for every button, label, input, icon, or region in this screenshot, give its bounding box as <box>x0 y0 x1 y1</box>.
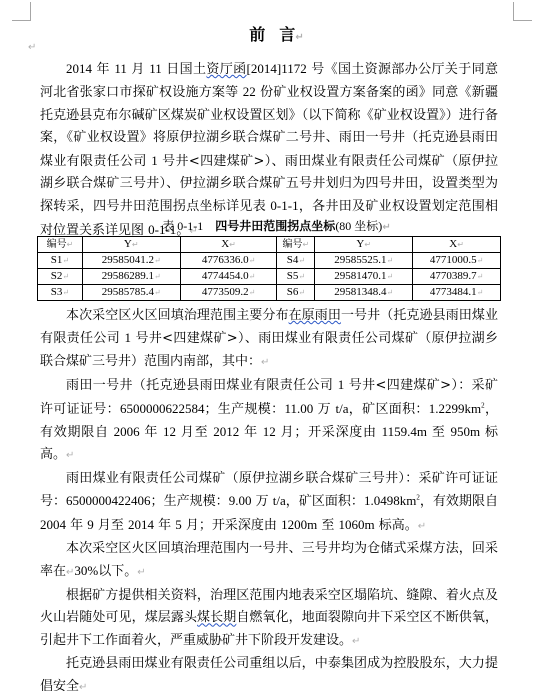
title-char: 前 <box>249 25 265 44</box>
table-row: S3↵ 29585785.4↵ 4773509.2↵ S6↵ 29581348.… <box>38 285 501 301</box>
table-title: 四号井田范围拐点坐标 <box>215 219 335 233</box>
column-header: X↵ <box>180 237 277 253</box>
document-page[interactable]: 前言↵ ↵ 2014 年 11 月 11 日国土资厅函[2014]1172 号《… <box>0 0 553 691</box>
body-paragraph: 本次采空区火区回填治理范围主要分布在原雨田一号井（托克逊县雨田煤业有限责任公司 … <box>40 305 498 374</box>
table-cell[interactable]: 29581348.4↵ <box>315 285 413 301</box>
column-header: Y↵ <box>82 237 180 253</box>
table-cell[interactable]: 29585525.1↵ <box>315 253 413 269</box>
body-paragraph: 根据矿方提供相关资料，治理区范围内地表采空区塌陷坑、缝隙、着火点及火山岩随处可见… <box>40 585 498 653</box>
column-header: 编号↵ <box>38 237 83 253</box>
body-section: 本次采空区火区回填治理范围主要分布在原雨田一号井（托克逊县雨田煤业有限责任公司 … <box>40 305 498 691</box>
body-paragraph: 雨田一号井（托克逊县雨田煤业有限责任公司 1 号井<四建煤矿>）：采矿许可证证号… <box>40 374 498 468</box>
table-cell[interactable]: 4776336.0↵ <box>180 253 277 269</box>
coordinates-table: 编号↵ Y↵ X↵ 编号↵ Y↵ X↵ S1↵ 29585041.2↵ 4776… <box>37 236 501 301</box>
column-header: X↵ <box>413 237 501 253</box>
table-cell[interactable]: S5↵ <box>277 269 315 285</box>
table-row: S1↵ 29585041.2↵ 4776336.0↵ S4↵ 29585525.… <box>38 253 501 269</box>
table-cell[interactable]: 29586289.1↵ <box>82 269 180 285</box>
page-corner-mark-top-right <box>513 2 532 21</box>
intro-section: 2014 年 11 月 11 日国土资厅函[2014]1172 号《国土资源部办… <box>40 58 498 243</box>
title-char: 言 <box>279 25 295 44</box>
document-title: 前言↵ <box>0 22 553 45</box>
grammar-underline[interactable]: 煤长期 <box>197 610 236 625</box>
body-paragraph: 雨田煤业有限责任公司煤矿（原伊拉湖乡联合煤矿三号井）：采矿许可证证号：65000… <box>40 468 498 538</box>
column-header: 编号↵ <box>277 237 315 253</box>
paragraph-mark-icon: ↵ <box>137 567 145 578</box>
table-subtitle: (80 坐标) <box>335 219 382 233</box>
intro-paragraph: 2014 年 11 月 11 日国土资厅函[2014]1172 号《国土资源部办… <box>40 58 498 243</box>
table-caption: 表 0-1-1四号井田范围拐点坐标(80 坐标)↵ <box>0 217 553 234</box>
grammar-underline[interactable]: 在原雨田 <box>289 308 341 323</box>
grammar-underline[interactable]: 资厅函 <box>206 62 246 77</box>
table-cell[interactable]: 4773484.1↵ <box>413 285 501 301</box>
table-number: 表 0-1-1 <box>162 219 203 233</box>
table-cell[interactable]: 4770389.7↵ <box>413 269 501 285</box>
table-cell[interactable]: 4773509.2↵ <box>180 285 277 301</box>
paragraph-mark-icon: ↵ <box>295 32 303 43</box>
column-header: Y↵ <box>315 237 413 253</box>
table-cell[interactable]: 29581470.1↵ <box>315 269 413 285</box>
paragraph-mark-icon: ↵ <box>28 42 36 53</box>
paragraph-mark-icon: ↵ <box>79 682 87 691</box>
table-cell[interactable]: 29585785.4↵ <box>82 285 180 301</box>
table-cell[interactable]: 4774454.0↵ <box>180 269 277 285</box>
paragraph-mark-icon: ↵ <box>382 222 390 233</box>
page-corner-mark-top-left <box>12 2 31 21</box>
table-cell[interactable]: 29585041.2↵ <box>82 253 180 269</box>
table-cell[interactable]: S1↵ <box>38 253 83 269</box>
table-header-row: 编号↵ Y↵ X↵ 编号↵ Y↵ X↵ <box>38 237 501 253</box>
table-cell[interactable]: S3↵ <box>38 285 83 301</box>
paragraph-mark-icon: ↵ <box>418 521 426 532</box>
body-paragraph: 本次采空区火区回填治理范围内一号井、三号井均为仓储式采煤方法，回采率在↵30%以… <box>40 538 498 585</box>
paragraph-mark-icon: ↵ <box>261 357 269 368</box>
paragraph-mark-icon: ↵ <box>352 636 360 647</box>
table-row: S2↵ 29586289.1↵ 4774454.0↵ S5↵ 29581470.… <box>38 269 501 285</box>
table-cell[interactable]: S2↵ <box>38 269 83 285</box>
table-cell[interactable]: 4771000.5↵ <box>413 253 501 269</box>
table-cell[interactable]: S6↵ <box>277 285 315 301</box>
body-paragraph: 托克逊县雨田煤业有限责任公司重组以后，中泰集团成为控股股东，大力提倡安全↵ <box>40 653 498 691</box>
table-cell[interactable]: S4↵ <box>277 253 315 269</box>
paragraph-mark-icon: ↵ <box>66 450 74 461</box>
